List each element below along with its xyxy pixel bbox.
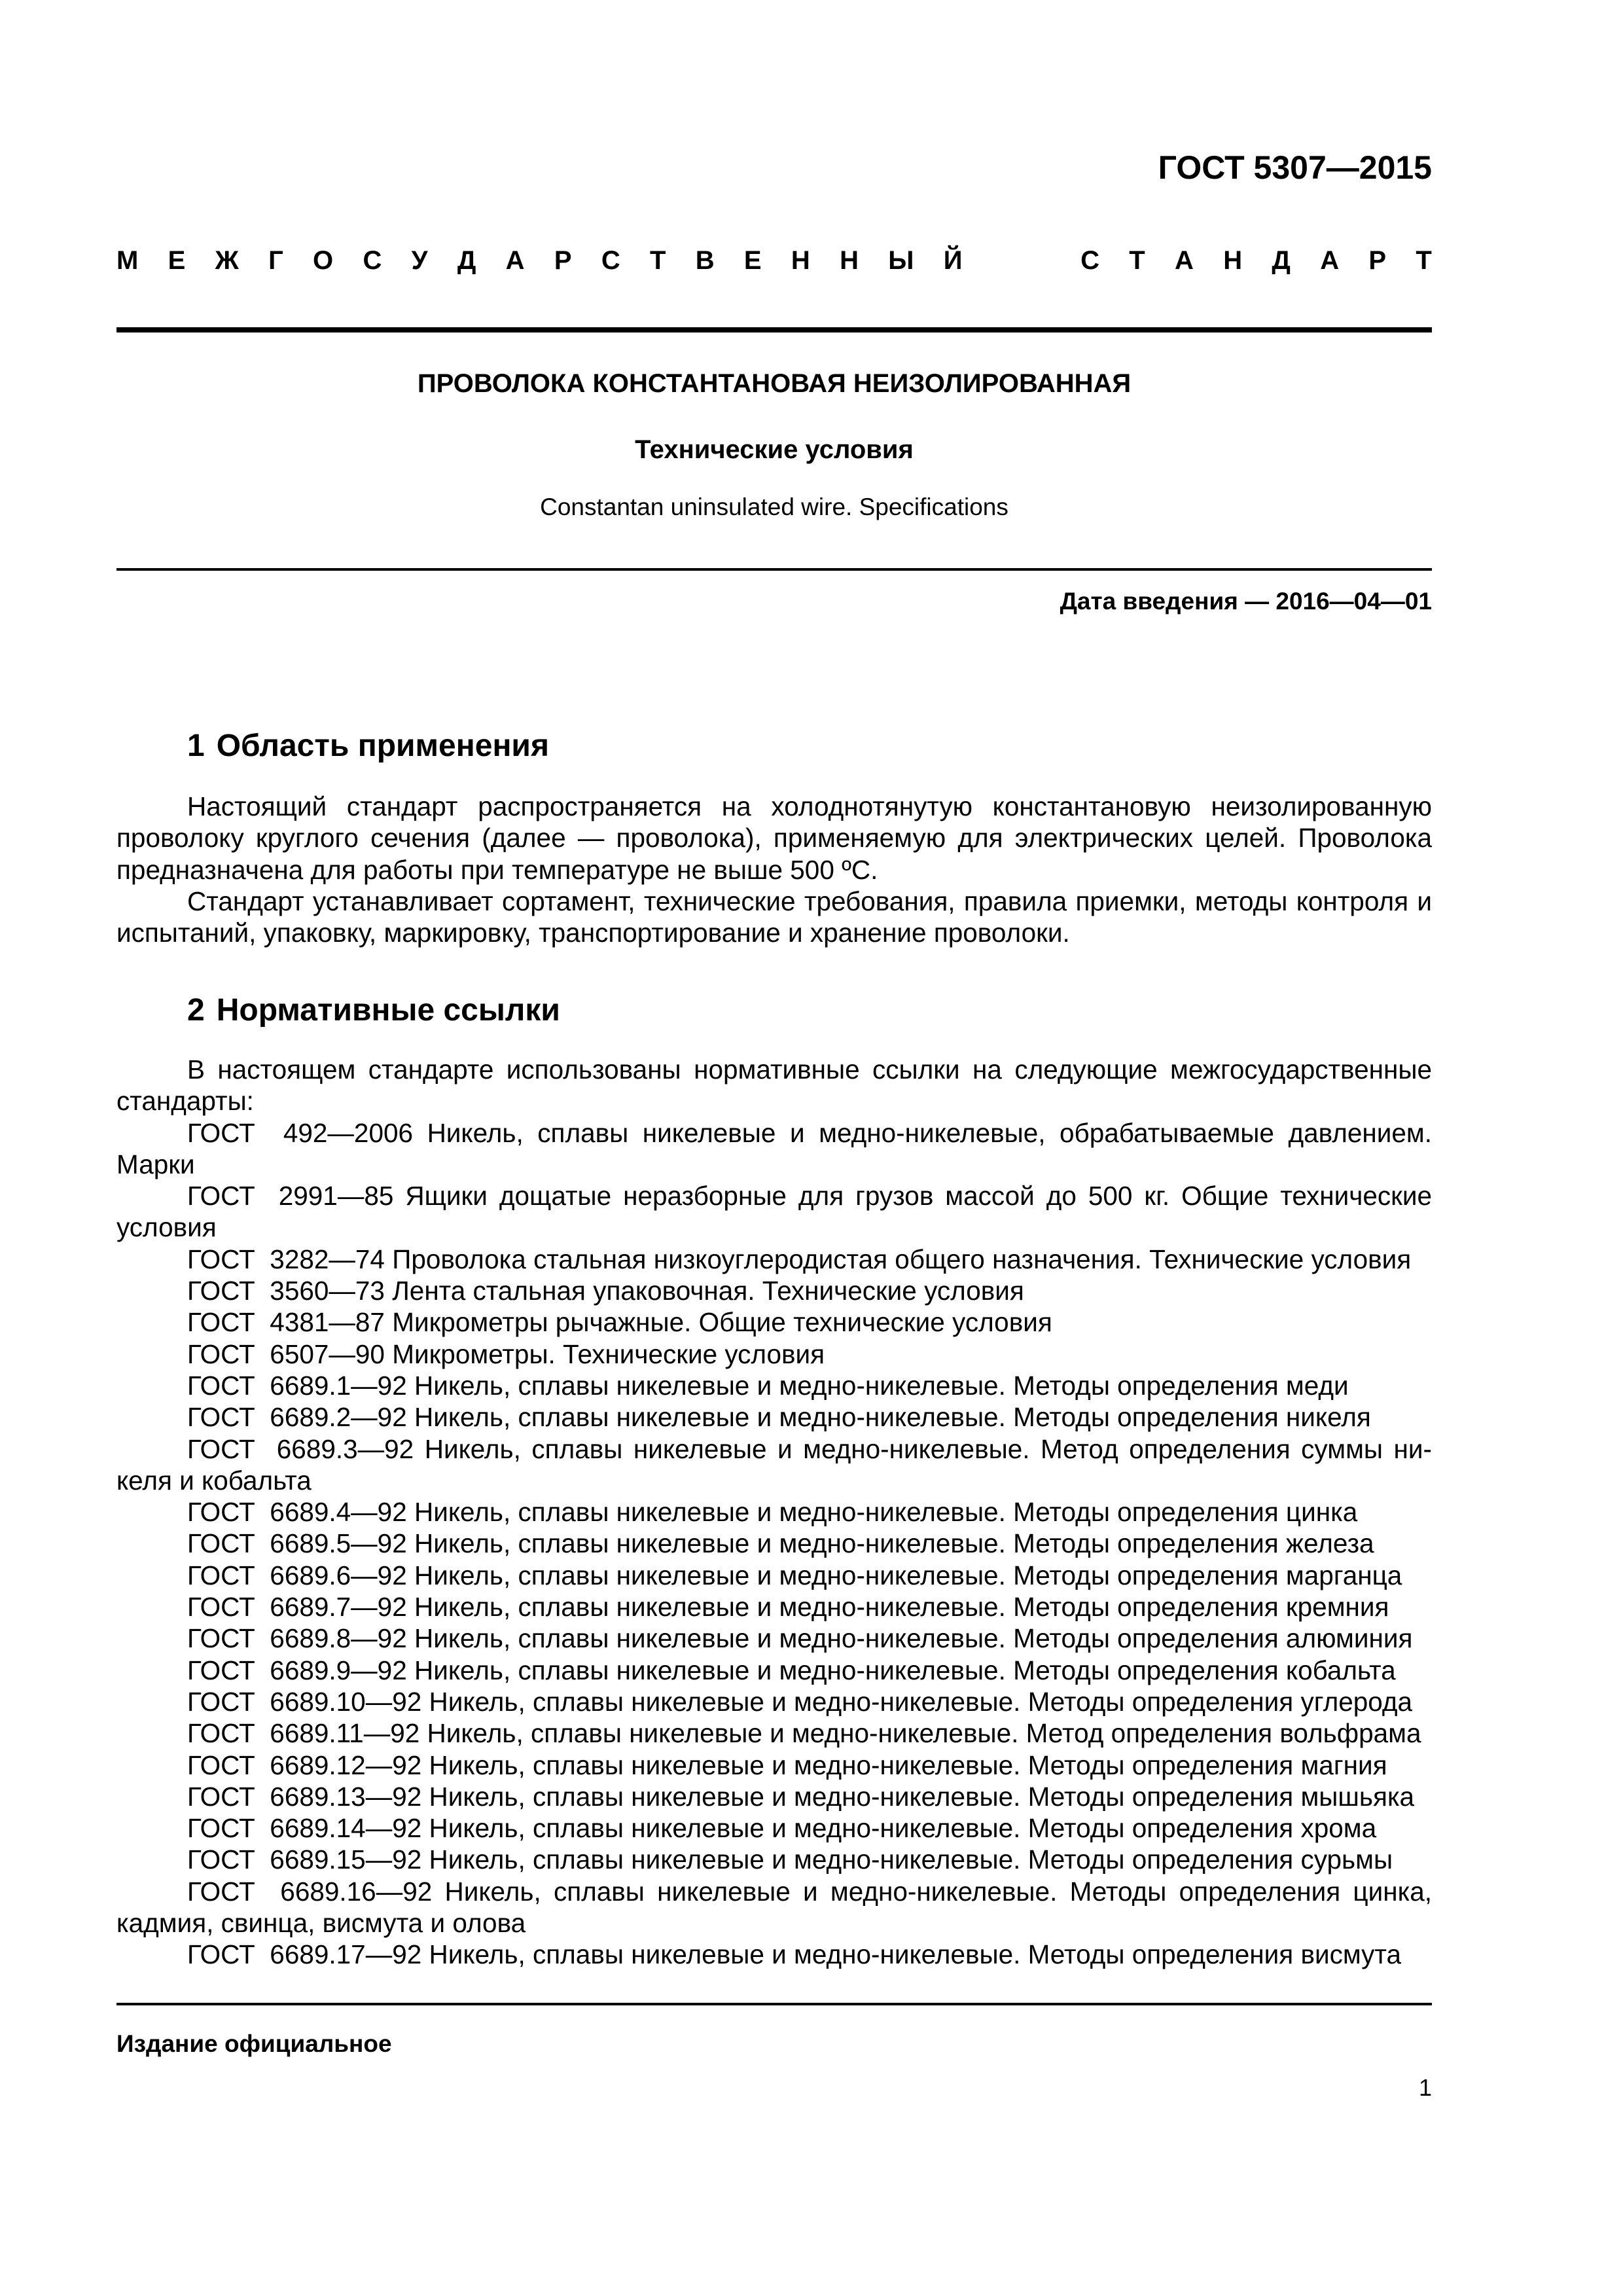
section-body-scope: Настоящий стандарт распространяется на х…: [116, 791, 1432, 948]
heading-letter: Е: [168, 245, 186, 276]
reference-code: ГОСТ 6689.8—92: [187, 1623, 407, 1653]
heading-letter: Е: [744, 245, 762, 276]
reference-item: ГОСТ 2991—85 Ящики дощатые неразборные д…: [116, 1180, 1432, 1244]
reference-title: Никель, сплавы никелевые и медно-никелев…: [427, 1718, 1421, 1748]
header-divider-thick: [116, 327, 1432, 332]
reference-title: Микрометры. Технические условия: [392, 1339, 825, 1369]
reference-code: ГОСТ 6689.6—92: [187, 1560, 407, 1590]
reference-item: ГОСТ 6689.12—92 Никель, сплавы никелевые…: [116, 1749, 1432, 1781]
heading-letter: А: [1175, 245, 1194, 276]
heading-letter: О: [313, 245, 333, 276]
reference-title: Никель, сплавы никелевые и медно-никелев…: [414, 1623, 1412, 1653]
reference-item: ГОСТ 492—2006 Никель, сплавы никелевые и…: [116, 1117, 1432, 1181]
reference-item: ГОСТ 6689.15—92 Никель, сплавы никелевые…: [116, 1844, 1432, 1875]
reference-title: Никель, сплавы никелевые и медно-никелев…: [429, 1813, 1377, 1843]
reference-code: ГОСТ 6689.17—92: [187, 1939, 421, 1969]
reference-code: ГОСТ 6689.1—92: [187, 1371, 407, 1401]
paragraph: В настоящем стандарте использованы норма…: [116, 1054, 1432, 1117]
reference-item: ГОСТ 6689.10—92 Никель, сплавы никелевые…: [116, 1686, 1432, 1717]
reference-item: ГОСТ 6689.3—92 Никель, сплавы никелевые …: [116, 1433, 1432, 1497]
reference-item: ГОСТ 6689.11—92 Никель, сплавы никелевые…: [116, 1717, 1432, 1749]
heading-letter: Д: [457, 245, 476, 276]
section-body-normative-references: В настоящем стандарте использованы норма…: [116, 1054, 1432, 1971]
section-title: Нормативные ссылки: [217, 993, 560, 1028]
heading-letter: Ж: [215, 245, 239, 276]
reference-title: Микрометры рычажные. Общие технические у…: [392, 1307, 1052, 1337]
reference-title: Никель, сплавы никелевые и медно-никелев…: [429, 1782, 1415, 1812]
reference-item: ГОСТ 6689.13—92 Никель, сплавы никелевые…: [116, 1781, 1432, 1812]
reference-code: ГОСТ 3282—74: [187, 1244, 385, 1274]
reference-code: ГОСТ 6689.15—92: [187, 1844, 421, 1874]
heading-letter: С: [363, 245, 382, 276]
heading-letter: Ы: [888, 245, 914, 276]
document-subtitle: Технические условия: [116, 434, 1432, 465]
reference-title: Никель, сплавы никелевые и медно-никелев…: [414, 1655, 1396, 1685]
reference-title: Никель, сплавы никелевые и медно-никелев…: [429, 1844, 1393, 1874]
edition-label: Издание официальное: [116, 2029, 392, 2059]
heading-letter: Н: [791, 245, 810, 276]
reference-item: ГОСТ 6689.7—92 Никель, сплавы никелевые …: [116, 1591, 1432, 1623]
heading-letter: У: [412, 245, 428, 276]
reference-title: Никель, сплавы никелевые и медно-никелев…: [414, 1592, 1389, 1622]
reference-title: Никель, сплавы никелевые и медно-никелев…: [414, 1560, 1402, 1590]
reference-item: ГОСТ 4381—87 Микрометры рычажные. Общие …: [116, 1306, 1432, 1338]
reference-code: ГОСТ 6689.3—92: [187, 1434, 414, 1464]
reference-title: Никель, сплавы никелевые и медно-никелев…: [414, 1497, 1357, 1527]
reference-item: ГОСТ 6689.8—92 Никель, сплавы никелевые …: [116, 1623, 1432, 1654]
reference-code: ГОСТ 4381—87: [187, 1307, 385, 1337]
reference-code: ГОСТ 6689.13—92: [187, 1782, 421, 1812]
reference-title: Лента стальная упаковочная. Технические …: [392, 1276, 1024, 1306]
page-number: 1: [1419, 2073, 1432, 2102]
reference-code: ГОСТ 6689.5—92: [187, 1528, 407, 1558]
section-number: 1: [187, 728, 205, 763]
reference-code: ГОСТ 6689.16—92: [187, 1876, 432, 1907]
reference-item: ГОСТ 6507—90 Микрометры. Технические усл…: [116, 1338, 1432, 1370]
reference-code: ГОСТ 6689.7—92: [187, 1592, 407, 1622]
reference-title: Никель, сплавы никелевые и медно-никелев…: [429, 1939, 1402, 1969]
heading-letter: Р: [554, 245, 572, 276]
paragraph: Настоящий стандарт распространяется на х…: [116, 791, 1432, 886]
title-divider: [116, 568, 1432, 571]
reference-title: Никель, сплавы никелевые и медно-никелев…: [429, 1687, 1413, 1717]
reference-code: ГОСТ 3560—73: [187, 1276, 385, 1306]
reference-code: ГОСТ 6689.2—92: [187, 1402, 407, 1432]
reference-item: ГОСТ 3282—74 Проволока стальная низкоугл…: [116, 1244, 1432, 1275]
reference-code: ГОСТ 2991—85: [187, 1181, 393, 1211]
reference-title: Проволока стальная низкоуглеродистая общ…: [392, 1244, 1411, 1274]
reference-item: ГОСТ 6689.6—92 Никель, сплавы никелевые …: [116, 1560, 1432, 1591]
reference-item: ГОСТ 3560—73 Лента стальная упаковочная.…: [116, 1275, 1432, 1306]
reference-title: Никель, сплавы никелевые и медно-никелев…: [414, 1371, 1349, 1401]
document-title-english: Constantan uninsulated wire. Specificati…: [116, 492, 1432, 522]
document-title: ПРОВОЛОКА КОНСТАНТАНОВАЯ НЕИЗОЛИРОВАННАЯ: [116, 368, 1432, 399]
heading-letter: Д: [1272, 245, 1291, 276]
heading-letter: Т: [650, 245, 666, 276]
heading-letter: С: [601, 245, 620, 276]
heading-letter: А: [506, 245, 525, 276]
heading-letter: М: [116, 245, 138, 276]
reference-item: ГОСТ 6689.5—92 Никель, сплавы никелевые …: [116, 1528, 1432, 1559]
section-heading-normative-references: 2Нормативные ссылки: [116, 992, 1503, 1029]
reference-code: ГОСТ 492—2006: [187, 1118, 413, 1148]
reference-code: ГОСТ 6689.12—92: [187, 1750, 421, 1780]
section-heading-scope: 1Область применения: [116, 728, 1503, 764]
introduction-date: Дата введения — 2016—04—01: [116, 586, 1432, 617]
reference-item: ГОСТ 6689.16—92 Никель, сплавы никелевые…: [116, 1876, 1432, 1939]
heading-letter: Н: [1223, 245, 1242, 276]
reference-code: ГОСТ 6689.10—92: [187, 1687, 421, 1717]
reference-item: ГОСТ 6689.14—92 Никель, сплавы никелевые…: [116, 1812, 1432, 1844]
heading-letter: Т: [1416, 245, 1431, 276]
reference-code: ГОСТ 6689.11—92: [187, 1718, 419, 1748]
reference-code: ГОСТ 6689.14—92: [187, 1813, 421, 1843]
heading-letter: С: [1080, 245, 1099, 276]
reference-title: Никель, сплавы никелевые и медно-никелев…: [429, 1750, 1387, 1780]
heading-letter: В: [696, 245, 715, 276]
heading-letter: Г: [268, 245, 283, 276]
reference-item: ГОСТ 6689.17—92 Никель, сплавы никелевые…: [116, 1939, 1432, 1970]
heading-letter: Н: [840, 245, 859, 276]
gost-designation: ГОСТ 5307—2015: [1158, 148, 1432, 187]
heading-letter: Т: [1129, 245, 1145, 276]
reference-code: ГОСТ 6507—90: [187, 1339, 385, 1369]
reference-item: ГОСТ 6689.4—92 Никель, сплавы никелевые …: [116, 1496, 1432, 1528]
section-number: 2: [187, 993, 205, 1028]
heading-letter: Р: [1368, 245, 1386, 276]
heading-letter: [992, 245, 1051, 276]
paragraph: Стандарт устанавливает сортамент, технич…: [116, 886, 1432, 949]
reference-item: ГОСТ 6689.9—92 Никель, сплавы никелевые …: [116, 1655, 1432, 1686]
reference-code: ГОСТ 6689.4—92: [187, 1497, 407, 1527]
footer-divider: [116, 2003, 1432, 2005]
heading-letter: А: [1320, 245, 1339, 276]
reference-code: ГОСТ 6689.9—92: [187, 1655, 407, 1685]
reference-title: Никель, сплавы никелевые и медно-никелев…: [414, 1528, 1374, 1558]
section-title: Область применения: [217, 728, 549, 763]
reference-item: ГОСТ 6689.2—92 Никель, сплавы никелевые …: [116, 1401, 1432, 1433]
standard-type-heading: МЕЖГОСУДАРСТВЕННЫЙСТАНДАРТ: [116, 245, 1432, 276]
reference-title: Никель, сплавы никелевые и медно-никелев…: [414, 1402, 1371, 1432]
heading-letter: Й: [944, 245, 963, 276]
reference-item: ГОСТ 6689.1—92 Никель, сплавы никелевые …: [116, 1370, 1432, 1401]
